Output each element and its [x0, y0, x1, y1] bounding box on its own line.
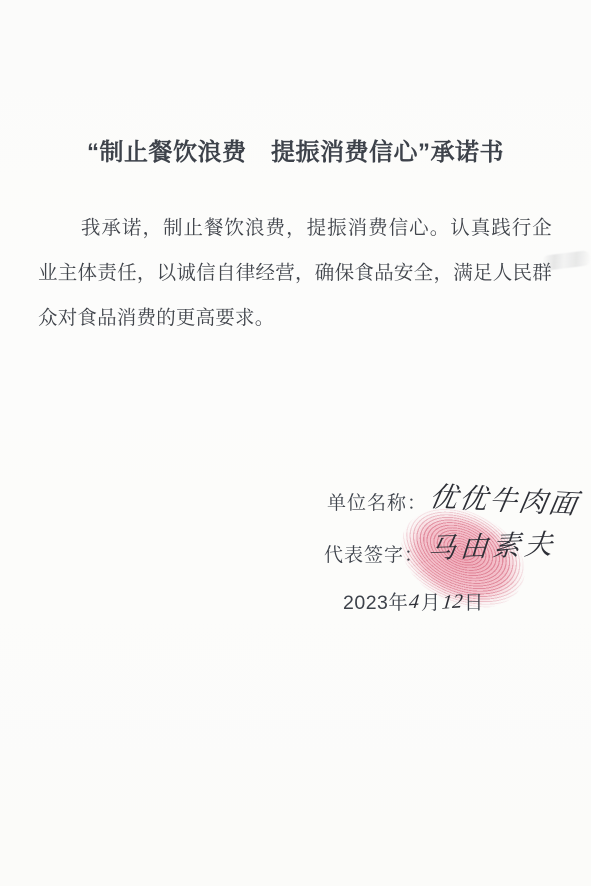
representative-signature-handwritten: 马由素夫	[427, 523, 558, 567]
date-month-label: 月	[421, 592, 441, 614]
date-month-handwritten: 4	[408, 591, 421, 615]
date-day-label: 日	[464, 592, 484, 614]
document-page: “制止餐饮浪费 提振消费信心”承诺书 我承诺，制止餐饮浪费，提振消费信心。认真践…	[0, 0, 591, 886]
representative-label: 代表签字：	[324, 545, 424, 566]
date-day-handwritten: 12	[441, 590, 465, 614]
date-year: 2023年	[343, 592, 408, 614]
date-line: 2023年4月12日	[343, 587, 484, 615]
unit-name-line: 单位名称：优优牛肉面	[327, 478, 580, 518]
unit-name-label: 单位名称：	[327, 493, 427, 514]
unit-name-handwritten: 优优牛肉面	[427, 475, 583, 523]
signature-block: 单位名称：优优牛肉面 代表签字：马由素夫 2023年4月12日	[0, 0, 591, 886]
representative-line: 代表签字：马由素夫	[324, 530, 556, 570]
